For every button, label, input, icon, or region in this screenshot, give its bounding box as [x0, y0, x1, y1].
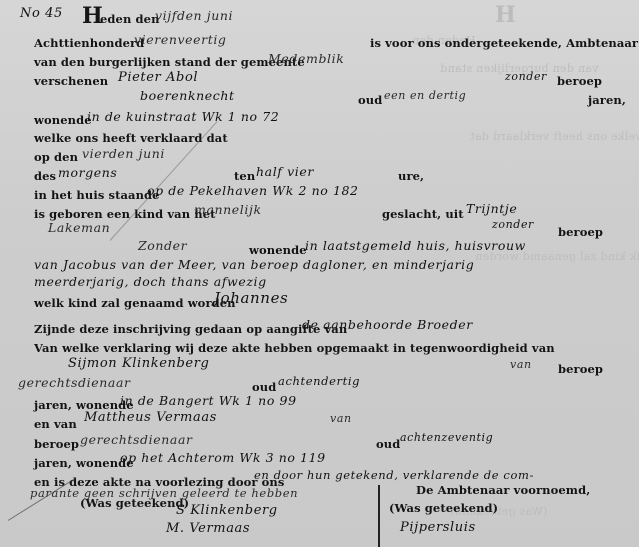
hw-time-of-day: morgens	[58, 165, 117, 180]
signature-divider	[378, 485, 380, 547]
hw-municipality: Medemblik	[268, 51, 344, 66]
printed-verschenen: verschenen	[34, 74, 108, 88]
hw-witness1-van: van	[510, 358, 532, 371]
hw-time: half vier	[256, 164, 314, 179]
hw-witness2-van: van	[330, 412, 352, 425]
printed-heden-den: eden den	[100, 12, 160, 26]
printed-beroep-2: beroep	[558, 225, 603, 239]
hw-informant: de aanbehoorde Broeder	[302, 317, 473, 332]
printed-op-den: op den	[34, 150, 78, 164]
hw-declarant-age: een en dertig	[384, 89, 466, 102]
hw-mother-status: Zonder	[138, 238, 187, 253]
hw-child-name: Johannes	[214, 289, 288, 307]
printed-oud-4: oud	[376, 437, 400, 451]
printed-zijnde: Zijnde deze inschrijving gedaan op aangi…	[34, 322, 347, 336]
signature-klinkenberg: S Klinkenberg	[176, 503, 278, 518]
printed-achttienhonderd: Achttienhonderd	[34, 36, 144, 50]
hw-witness2-name: Mattheus Vermaas	[84, 410, 217, 425]
printed-en-van: en van	[34, 417, 77, 431]
printed-beroep-4: beroep	[34, 437, 79, 451]
printed-oud-3: oud	[252, 380, 276, 394]
hw-witness2-occupation: gerechtsdienaar	[80, 432, 193, 447]
hw-witness1-occupation: gerechtsdienaar	[18, 375, 131, 390]
printed-ten: ten	[234, 169, 255, 183]
hw-mother-residence: in laatstgemeld huis, huisvrouw	[305, 238, 526, 253]
hw-witness1-name: Sijmon Klinkenberg	[68, 356, 209, 371]
hw-declarant-address: in de kuinstraat Wk 1 no 72	[87, 109, 279, 124]
printed-was-geteekend-1: (Was geteekend)	[80, 496, 189, 510]
bleed-through-mark: H	[495, 2, 516, 28]
printed-beroep-3: beroep	[558, 362, 603, 376]
printed-des: des	[34, 169, 56, 183]
hw-mother-last: Lakeman	[48, 220, 110, 235]
printed-geslacht-uit: geslacht, uit	[382, 207, 464, 221]
hw-witness1-age: achtendertig	[278, 374, 360, 388]
printed-in-het-huis: in het huis staande	[34, 188, 160, 202]
printed-ure: ure,	[398, 169, 424, 183]
printed-oud-1: oud	[358, 93, 382, 107]
hw-sex: mannelijk	[194, 202, 262, 217]
hw-mother-occupation: zonder	[492, 218, 534, 231]
hw-declarant-occupation: boerenknecht	[140, 88, 235, 103]
printed-van-welke: Van welke verklaring wij deze akte hebbe…	[34, 341, 555, 355]
hw-birth-date: vierden juni	[82, 146, 165, 161]
printed-was-geteekend-2: (Was geteekend)	[389, 501, 498, 515]
hw-date-day: vijfden juni	[155, 8, 233, 23]
hw-husband: van Jacobus van der Meer, van beroep dag…	[34, 257, 474, 272]
printed-ambtenaar-voornoemd: De Ambtenaar voornoemd,	[416, 483, 590, 497]
printed-wonende-1: wonende	[34, 113, 92, 127]
printed-is-geboren: is geboren een kind van het	[34, 207, 216, 221]
printed-jaren-wonende-4: jaren, wonende	[34, 456, 134, 470]
hw-witness2-age: achtenzeventig	[400, 431, 493, 444]
printed-beroep-1: beroep	[557, 74, 602, 88]
hw-year: vierenveertig	[134, 32, 227, 47]
bleed-through-text: welke ons heeft verklaard dat	[470, 130, 639, 143]
signature-official: Pijpersluis	[400, 520, 476, 535]
signature-vermaas: M. Vermaas	[166, 521, 250, 536]
act-number: No 45	[20, 6, 63, 21]
hw-husband-note: meerderjarig, doch thans afwezig	[34, 274, 267, 289]
hw-witness1-address: in de Bangert Wk 1 no 99	[120, 393, 297, 408]
hw-mother-first: Trijntje	[466, 201, 517, 216]
printed-welke-verklaard: welke ons heeft verklaard dat	[34, 131, 228, 145]
hw-declarant-name: Pieter Abol	[118, 70, 198, 85]
printed-jaren-1: jaren,	[588, 93, 626, 107]
hw-birth-house: op de Pekelhaven Wk 2 no 182	[147, 183, 359, 198]
printed-genaamd: welk kind zal genaamd worden	[34, 296, 236, 310]
birth-certificate-page: H Heden den van den burgerlijken stand w…	[0, 0, 639, 547]
hw-declarant-zonder: zonder	[505, 70, 547, 83]
hw-closing-1: en door hun getekend, verklarende de com…	[254, 468, 534, 482]
printed-wonende-2: wonende	[249, 243, 307, 257]
printed-voor-ons: is voor ons ondergeteekende, Ambtenaar	[370, 36, 638, 50]
hw-witness2-address: op het Achterom Wk 3 no 119	[120, 450, 326, 465]
printed-burgerlijke-stand: van den burgerlijken stand der gemeente	[34, 55, 305, 69]
